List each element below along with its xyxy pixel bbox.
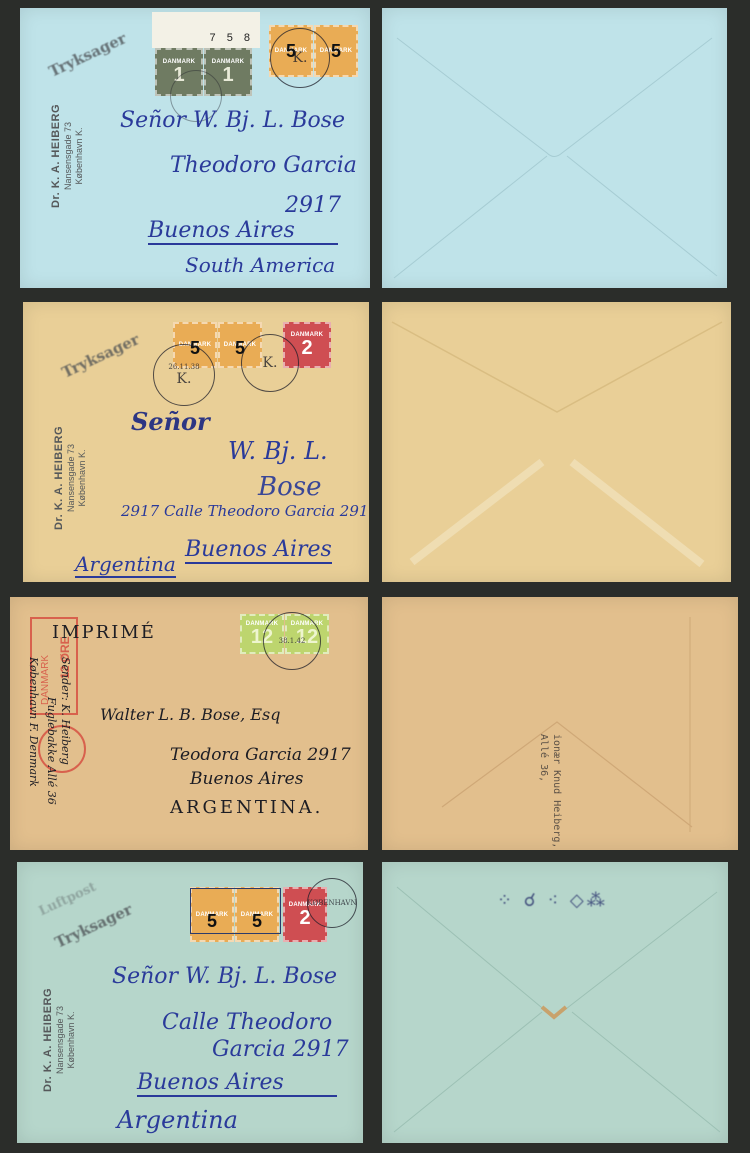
envelope-flap-lines — [382, 302, 731, 582]
postmark: 38.1.42 — [263, 612, 321, 670]
imprime-label: IMPRIMÉ — [52, 622, 156, 643]
sender-handwritten: Fuglebakke Allé 36 — [45, 697, 58, 805]
address-line: Buenos Aires — [148, 218, 338, 245]
address-line: Theodoro Garcia — [170, 153, 357, 178]
address-line: Garcia 2917 — [212, 1037, 349, 1062]
address-line: 2917 — [285, 193, 341, 218]
address-line: Walter L. B. Bose, Esq — [100, 705, 280, 724]
cover-4-back[interactable]: ⁘ ☌ ⁖ ◇⁂ — [382, 862, 728, 1143]
envelope-flap-lines — [382, 8, 727, 288]
address-line: Señor W. Bj. L. Bose — [120, 108, 345, 133]
cover-4-front[interactable]: Luftpost Tryksager Dr. K. A. HEIBERG Nan… — [17, 862, 363, 1143]
postmark: K. — [270, 28, 330, 88]
cover-2-back[interactable] — [382, 302, 731, 582]
postmark: 26.11.38K. — [153, 344, 215, 406]
address-line: Buenos Aires — [190, 769, 303, 789]
postmark: KØBENHAVN — [307, 878, 357, 928]
address-line: Argentina — [75, 552, 176, 578]
address-line: Buenos Aires — [185, 537, 332, 564]
cover-3-front[interactable]: DANMARK 12 ØRE IMPRIMÉ Sender: K. Heiber… — [10, 597, 368, 850]
sender-handwritten: Sender: K. Heiberg — [59, 657, 72, 765]
luftpost-cachet: Luftpost — [37, 880, 99, 919]
cover-1-back[interactable] — [382, 8, 727, 288]
return-address-typed: ionær Knud Heiberg,Allé 36, — [537, 734, 562, 848]
postmark: K. — [241, 334, 299, 392]
cover-1-front[interactable]: Tryksager Dr. K. A. HEIBERG Nansensgade … — [20, 8, 370, 288]
address-line: Argentina — [117, 1106, 238, 1134]
address-line: ARGENTINA. — [170, 797, 323, 818]
sheet-margin-number: 7 5 8 — [210, 32, 254, 44]
sender-imprint: Dr. K. A. HEIBERG Nansensgade 73 Københa… — [42, 988, 77, 1092]
address-line: 2917 Calle Theodoro Garcia 2917 — [121, 502, 369, 520]
address-line: Bose — [258, 472, 322, 502]
cover-2-front[interactable]: Tryksager Dr. K. A. HEIBERG Nansensgade … — [23, 302, 369, 582]
address-line: South America — [185, 253, 335, 277]
address-line: Señor W. Bj. L. Bose — [112, 964, 337, 989]
sender-imprint: Dr. K. A. HEIBERG Nansensgade 73 Københa… — [50, 104, 85, 208]
address-line: W. Bj. L. — [228, 437, 328, 465]
address-line: Buenos Aires — [137, 1070, 337, 1097]
address-line: Señor — [131, 407, 210, 436]
sheet-margin: 7 5 8 — [152, 12, 260, 48]
backstamp: ⁘ ☌ ⁖ ◇⁂ — [497, 890, 608, 911]
sender-imprint: Dr. K. A. HEIBERG Nansensgade 73 Københa… — [53, 426, 88, 530]
tryksager-cachet: Tryksager — [59, 330, 142, 381]
sender-handwritten: København F. Denmark — [27, 657, 40, 787]
cover-3-back[interactable]: ionær Knud Heiberg,Allé 36, — [382, 597, 738, 850]
tryksager-cachet: Tryksager — [46, 29, 129, 80]
boxed-handstamp — [190, 888, 281, 934]
address-line: Calle Theodoro — [162, 1010, 332, 1035]
address-line: Teodora Garcia 2917 — [170, 745, 351, 765]
